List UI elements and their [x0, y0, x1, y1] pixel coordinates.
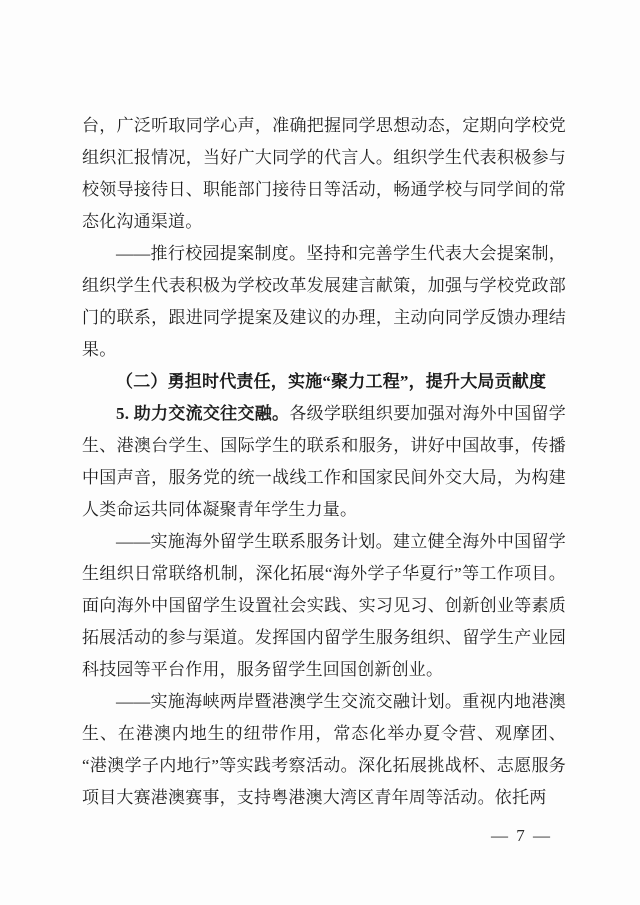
paragraph-lead: 5. 助力交流交往交融。 — [116, 404, 289, 423]
paragraph-text: 建立健全海外中国留学生组织日常联络机制，深化拓展“海外学子华夏行”等工作项目。面… — [82, 532, 566, 679]
paragraph-lead: ——实施海外留学生联系服务计划。 — [116, 532, 393, 551]
paragraph-continuation: 台，广泛听取同学心声，准确把握同学思想动态，定期向学校党组织汇报情况，当好广大同… — [82, 110, 566, 238]
page-number: — 7 — — [82, 820, 566, 852]
section-heading-text: （二）勇担时代责任，实施“聚力工程”，提升大局贡献度 — [116, 372, 546, 391]
paragraph-proposal-system: ——推行校园提案制度。坚持和完善学生代表大会提案制，组织学生代表积极为学校改革发… — [82, 238, 566, 366]
document-page: 台，广泛听取同学心声，准确把握同学思想动态，定期向学校党组织汇报情况，当好广大同… — [0, 0, 640, 905]
paragraph-overseas-students-plan: ——实施海外留学生联系服务计划。建立健全海外中国留学生组织日常联络机制，深化拓展… — [82, 526, 566, 686]
paragraph-lead: ——实施海峡两岸暨港澳学生交流交融计划。 — [116, 692, 462, 711]
section-heading: （二）勇担时代责任，实施“聚力工程”，提升大局贡献度 — [82, 366, 566, 398]
paragraph-text: 台，广泛听取同学心声，准确把握同学思想动态，定期向学校党组织汇报情况，当好广大同… — [82, 116, 566, 231]
paragraph-lead: ——推行校园提案制度。 — [116, 244, 306, 263]
paragraph-item-5: 5. 助力交流交往交融。各级学联组织要加强对海外中国留学生、港澳台学生、国际学生… — [82, 398, 566, 526]
paragraph-cross-strait-plan: ——实施海峡两岸暨港澳学生交流交融计划。重视内地港澳生、在港澳内地生的纽带作用，… — [82, 686, 566, 814]
document-body: 台，广泛听取同学心声，准确把握同学思想动态，定期向学校党组织汇报情况，当好广大同… — [82, 110, 566, 852]
